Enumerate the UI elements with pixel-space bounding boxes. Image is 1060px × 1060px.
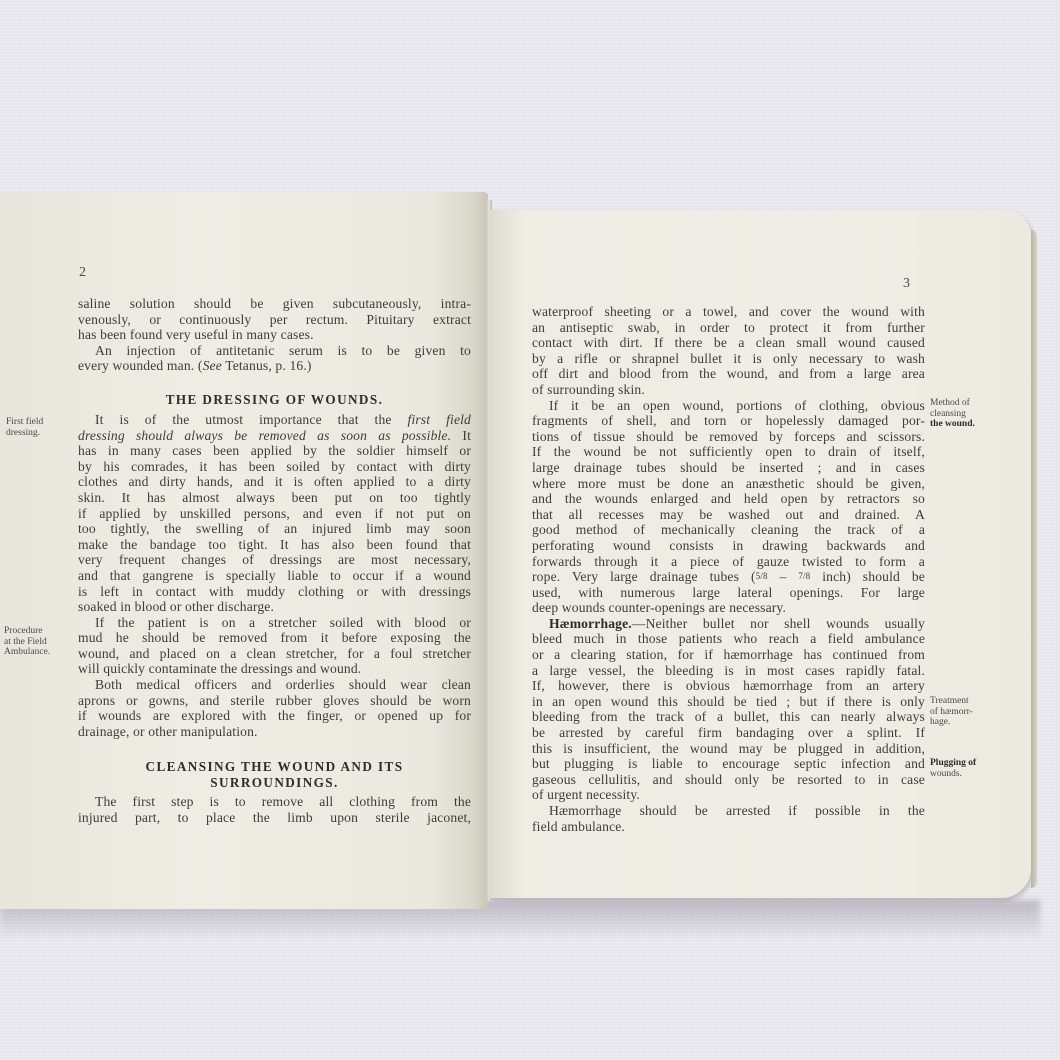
text-line: saline solution should be given subcutan… [78,296,471,312]
margin-note-plugging-of-wounds: Plugging of wounds. [930,758,976,779]
text-line: be arrested by careful firm bandaging ov… [532,725,925,741]
text-line: has in many cases been applied by the so… [78,443,471,459]
text-line: bleed much in those patients who reach a… [532,631,925,647]
text-line: bleeding from the track of a bullet, thi… [532,709,925,725]
text-line: of urgent necessity. [532,787,925,803]
text-line: in an open wound this should be tied ; b… [532,694,925,710]
text-line: has been found very useful in many cases… [78,327,471,343]
text-line: and the wounds enlarged and held open by… [532,491,925,507]
text-line: will quickly contaminate the dressings a… [78,661,471,677]
text-line: wound, and placed on a clean stretcher, … [78,646,471,662]
text-line: Both medical officers and orderlies shou… [78,677,471,693]
run-in-heading-haemorrhage: Hæmorrhage. [549,616,632,631]
margin-note-treatment-of-haemorrhage: Treatment of hæmorr- hage. [930,696,973,728]
text-line: It is of the utmost importance that the … [78,412,471,428]
text-line: good method of mechanically cleaning the… [532,522,925,538]
text-line: if wounds are explored with the finger, … [78,708,471,724]
text-line: Hæmorrhage should be arrested if possibl… [532,803,925,819]
text-line: but plugging is liable to encourage sept… [532,756,925,772]
text-line: make the bandage too tight. It has also … [78,537,471,553]
text-line: every wounded man. (See Tetanus, p. 16.) [78,358,471,374]
text-line: an antiseptic swab, in order to protect … [532,320,925,336]
text-line: of surrounding skin. [532,382,925,398]
left-text-column: saline solution should be given subcutan… [78,296,471,826]
text-line: If the wound be not sufficiently open to… [532,444,925,460]
text-line: Hæmorrhage.—Neither bullet nor shell wou… [532,616,925,632]
text-line: by a rifle or shrapnel bullet it is only… [532,351,925,367]
text-line: waterproof sheeting or a towel, and cove… [532,304,925,320]
text-line: perforating wound consists in drawing ba… [532,538,925,554]
left-page: 2 saline solution should be given subcut… [0,192,488,909]
text-line: fragments of shell, and torn or hopeless… [532,413,925,429]
page-number: 3 [903,276,910,292]
text-line: If, however, there is obvious hæmorrhage… [532,678,925,694]
text-line: If it be an open wound, portions of clot… [532,398,925,414]
text-line: off dirt and blood from the wound, and f… [532,366,925,382]
text-line: An injection of antitetanic serum is to … [78,343,471,359]
text-line: large drainage tubes should be inserted … [532,460,925,476]
text-line: mud he should be removed from it before … [78,630,471,646]
text-line: field ambulance. [532,819,925,835]
text-line: or a clearing station, for if hæmorrhage… [532,647,925,663]
text-line: this is insufficient, the wound may be p… [532,741,925,757]
text-line: tions of tissue should be removed by for… [532,429,925,445]
text-line: too tightly, the swelling of an injured … [78,521,471,537]
margin-note-first-field-dressing: First field dressing. [6,417,43,438]
text-line: skin. It has almost always been put on t… [78,490,471,506]
margin-note-procedure-field-ambulance: Procedure at the Field Ambulance. [4,626,50,658]
text-line: The first step is to remove all clothing… [78,794,471,810]
section-heading-cleansing: CLEANSING THE WOUND AND ITS [78,759,471,775]
text-line: used, with numerous large lateral openin… [532,585,925,601]
text-line: If the patient is on a stretcher soiled … [78,615,471,631]
text-line: is left in contact with muddy clothing o… [78,584,471,600]
page-edge [1031,230,1037,888]
text-line: injured part, to place the limb upon ste… [78,810,471,826]
text-line: by his comrades, it has been soiled by c… [78,459,471,475]
text-line: very frequent changes of dressings are m… [78,552,471,568]
text-line: where more must be done an anæsthetic sh… [532,476,925,492]
text-line: deep wounds counter-openings are necessa… [532,600,925,616]
right-page: 3 waterproof sheeting or a towel, and co… [490,210,1031,898]
text-line: if applied by unskilled persons, and eve… [78,506,471,522]
text-line: clothes and dirty hands, and it is often… [78,474,471,490]
page-number: 2 [79,265,86,281]
text-line: and that gangrene is specially liable to… [78,568,471,584]
text-line: a large vessel, the bleeding is in most … [532,663,925,679]
text-line: drainage, or other manipulation. [78,724,471,740]
text-line: rope. Very large drainage tubes (5/8 – 7… [532,569,925,585]
text-line: gaseous cellulitis, and should only be r… [532,772,925,788]
text-line: aprons or gowns, and sterile rubber glov… [78,693,471,709]
margin-note-method-of-cleansing: Method of cleansing the wound. [930,398,975,430]
text-line: soaked in blood or other discharge. [78,599,471,615]
text-line: contact with dirt. If there be a clean s… [532,335,925,351]
text-line: that all recesses may be washed out and … [532,507,925,523]
section-heading-dressing-of-wounds: THE DRESSING OF WOUNDS. [78,392,471,408]
text-line: forwards through it a piece of gauze twi… [532,554,925,570]
right-text-column: waterproof sheeting or a towel, and cove… [532,304,925,834]
text-line: dressing should always be removed as soo… [78,428,471,444]
text-line: venously, or continuously per rectum. Pi… [78,312,471,328]
section-heading-cleansing-cont: SURROUNDINGS. [78,775,471,791]
